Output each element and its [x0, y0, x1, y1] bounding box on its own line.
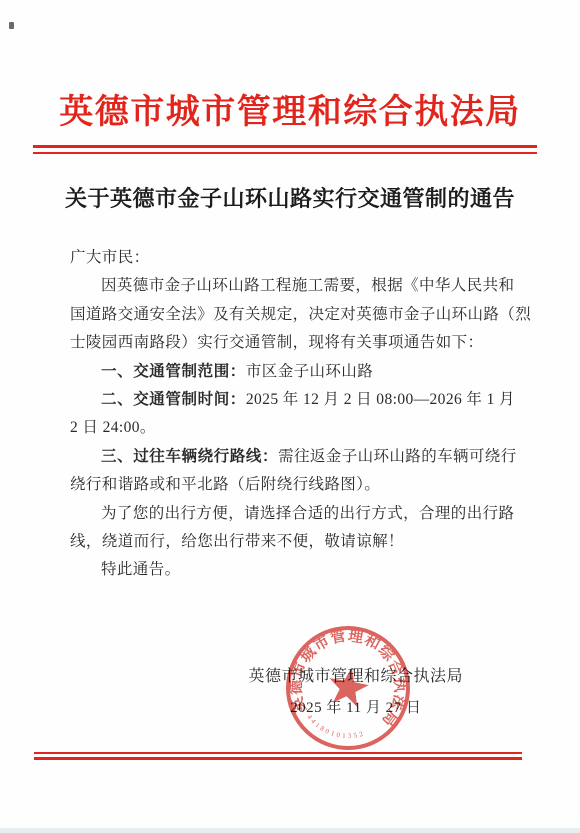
red-header-agency-title: 英德市城市管理和综合执法局: [0, 84, 580, 133]
body-line-salutation: 广大市民：: [70, 244, 518, 272]
document-page: 英德市城市管理和综合执法局 关于英德市金子山环山路实行交通管制的通告 广大市民：…: [0, 0, 580, 833]
scan-bottom-edge: [0, 828, 580, 833]
header-double-rule: [33, 145, 537, 154]
signature-block: 英德市城市管理和综合执法局 2025 年 11 月 27 日: [248, 667, 463, 718]
body-line-closing: 特此通告。: [70, 556, 518, 584]
header-rule-thick: [33, 145, 537, 148]
footer-double-rule: [34, 752, 522, 760]
body-line-item-3: 三、过往车辆绕行路线：需往返金子山环山路的车辆可绕行: [70, 443, 518, 471]
body-line: 士陵园西南路段）实行交通管制，现将有关事项通告如下：: [70, 329, 518, 357]
body-line: 国道路交通安全法》及有关规定，决定对英德市金子山环山路（烈: [70, 301, 518, 329]
body-line: 线，绕道而行，给您出行带来不便，敬请谅解！: [70, 528, 518, 556]
notice-body: 广大市民： 因英德市金子山环山路工程施工需要，根据《中华人民共和 国道路交通安全…: [70, 244, 518, 585]
footer-rule-thin: [34, 752, 522, 754]
scan-artifact-speck: [9, 22, 14, 29]
body-line-item-2: 二、交通管制时间：2025 年 12 月 2 日 08:00—2026 年 1 …: [70, 386, 518, 414]
signature-date: 2025 年 11 月 27 日: [248, 698, 463, 718]
body-line-item-1: 一、交通管制范围：市区金子山环山路: [70, 358, 518, 386]
notice-title: 关于英德市金子山环山路实行交通管制的通告: [0, 182, 580, 213]
footer-rule-thick: [34, 757, 522, 760]
body-line: 为了您的出行方便，请选择合适的出行方式，合理的出行路: [70, 500, 518, 528]
body-line: 绕行和谐路或和平北路（后附绕行线路图）。: [70, 471, 518, 499]
header-rule-thin: [33, 152, 537, 154]
body-line: 因英德市金子山环山路工程施工需要，根据《中华人民共和: [70, 272, 518, 300]
body-line: 2 日 24:00。: [70, 414, 518, 442]
signature-agency: 英德市城市管理和综合执法局: [248, 667, 463, 687]
